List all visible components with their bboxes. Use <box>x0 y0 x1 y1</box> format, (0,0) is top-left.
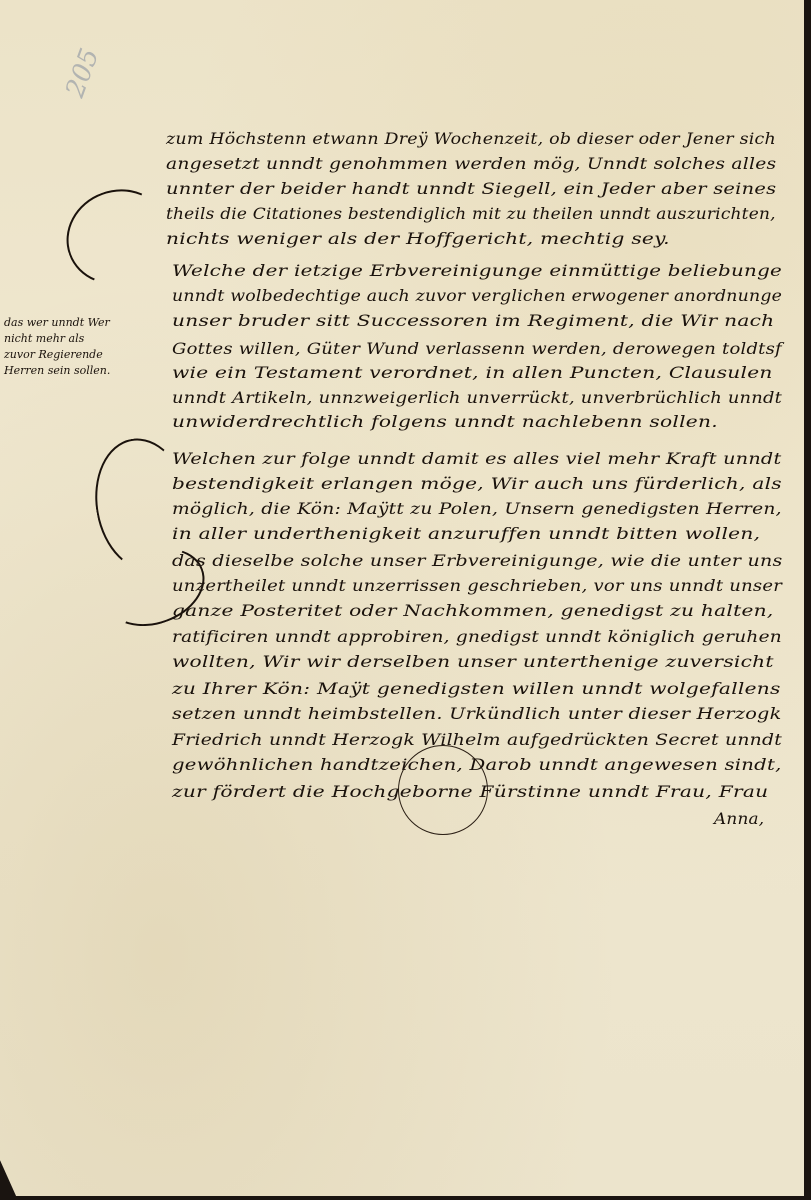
text-line: das dieselbe solche unser Erbvereinigung… <box>172 552 783 570</box>
text-line: ganze Posteritet oder Nachkommen, genedi… <box>172 602 774 620</box>
text-line: Friedrich unndt Herzogk Wilhelm aufgedrü… <box>172 731 782 749</box>
margin-note-line: Herren sein sollen. <box>4 364 110 377</box>
text-line: Gottes willen, Güter Wund verlassenn wer… <box>172 340 782 358</box>
flourish-initial-w <box>53 175 183 299</box>
text-line: wollten, Wir wir derselben unser unterth… <box>172 653 774 671</box>
text-line: unser bruder sitt Successoren im Regimen… <box>172 312 774 330</box>
text-line: in aller underthenigkeit anzuruffen unnd… <box>172 525 760 543</box>
text-line: ratificiren unndt approbiren, gnedigst u… <box>172 628 782 646</box>
margin-note-line: das wer unndt Wer <box>4 316 110 329</box>
text-line: möglich, die Kön: Maÿtt zu Polen, Unsern… <box>172 500 782 518</box>
text-line: Welchen zur folge unndt damit es alles v… <box>172 450 781 468</box>
text-line: theils die Citationes bestendiglich mit … <box>166 205 776 223</box>
text-line: wie ein Testament verordnet, in allen Pu… <box>172 364 773 382</box>
text-line: zu Ihrer Kön: Maÿt genedigsten willen un… <box>172 680 781 698</box>
text-line: gewöhnlichen handtzeichen, Darob unndt a… <box>172 756 782 774</box>
text-line: Welche der ietzige Erbvereinigunge einmü… <box>172 262 782 280</box>
margin-note-line: nicht mehr als <box>4 332 84 345</box>
folio-number: 205 <box>60 45 105 102</box>
text-line: unndt Artikeln, unnzweigerlich unverrück… <box>172 389 782 407</box>
text-line: zum Höchstenn etwann Dreÿ Wochenzeit, ob… <box>166 130 776 148</box>
text-line: nichts weniger als der Hoffgericht, mech… <box>166 230 670 248</box>
margin-note-line: zuvor Regierende <box>4 348 103 361</box>
text-line: setzen unndt heimbstellen. Urkündlich un… <box>172 705 782 723</box>
text-line: unndt wolbedechtige auch zuvor vergliche… <box>172 287 782 305</box>
text-line: zur fördert die Hochgeborne Fürstinne un… <box>172 783 768 801</box>
text-line: Anna, <box>714 810 764 828</box>
text-line: unnter der beider handt unndt Siegell, e… <box>166 180 776 198</box>
text-line: unzertheilet unndt unzerrissen geschrieb… <box>172 577 782 595</box>
text-line: bestendigkeit erlangen möge, Wir auch un… <box>172 475 782 493</box>
manuscript-page: 205 zum Höchstenn etwann Dreÿ Wochenzeit… <box>0 0 804 1196</box>
text-line: angesetzt unndt genohmmen werden mög, Un… <box>166 155 776 173</box>
text-line: unwiderdrechtlich folgens unndt nachlebe… <box>172 413 718 431</box>
